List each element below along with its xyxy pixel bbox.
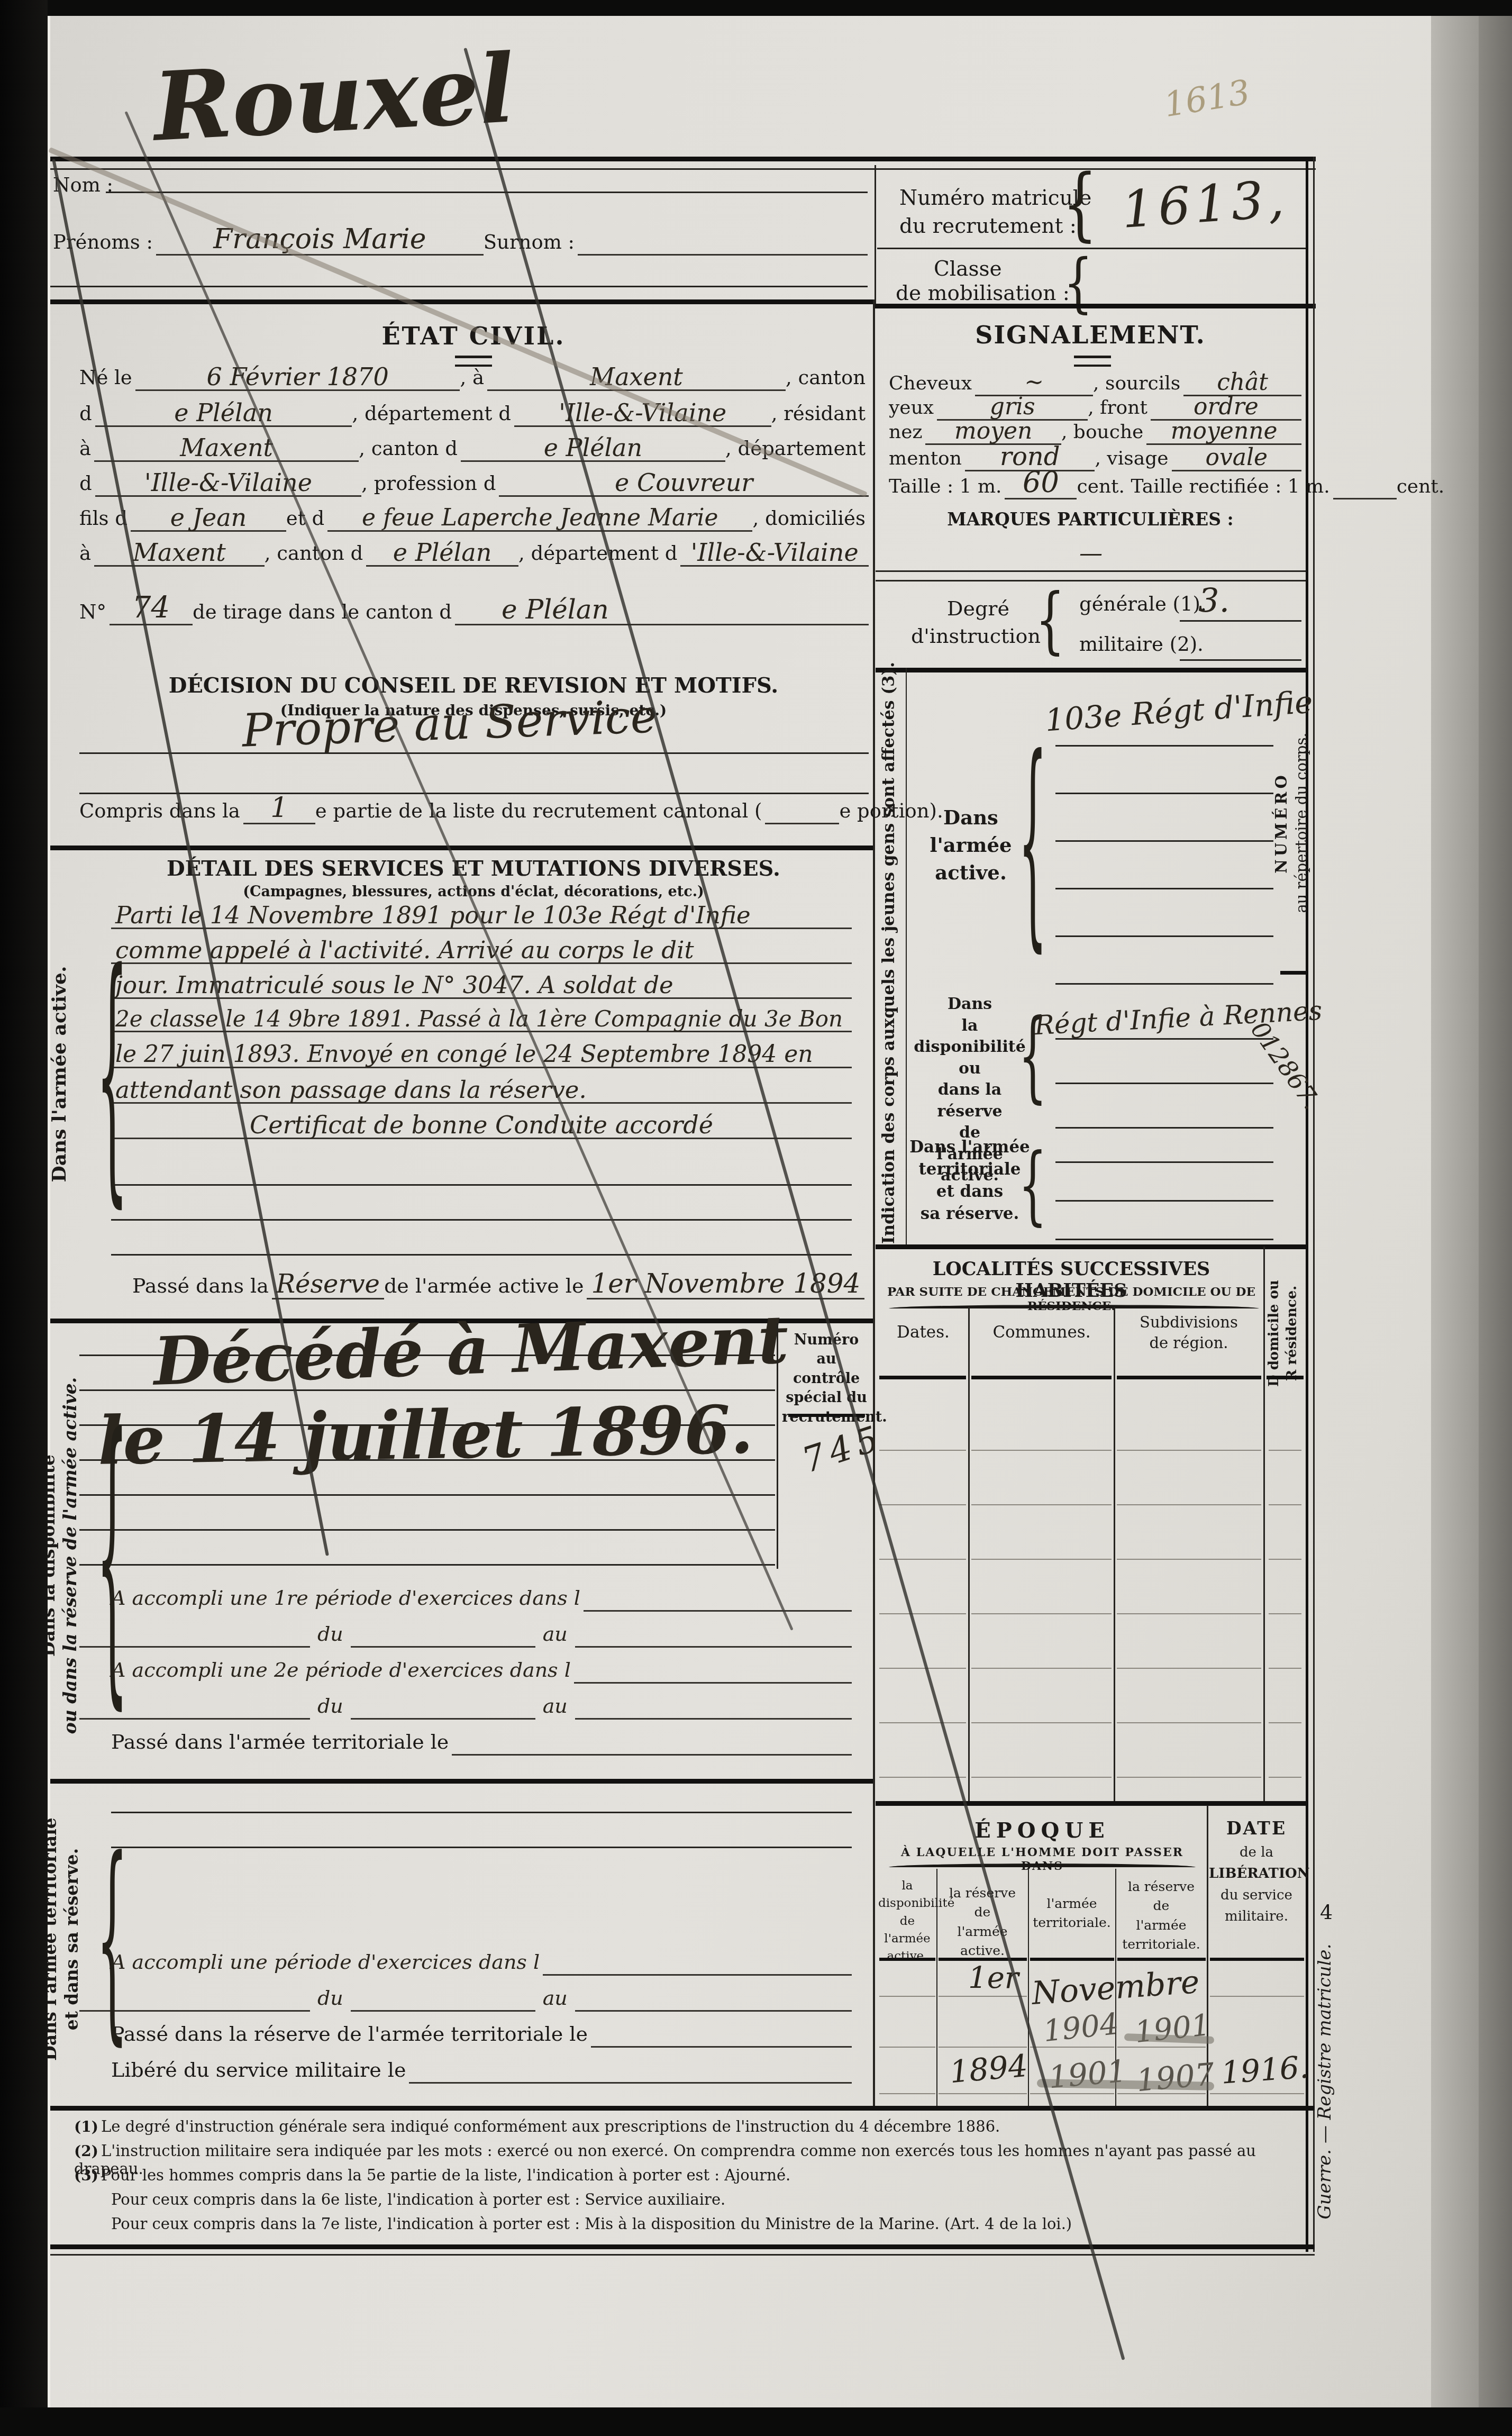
service-line-2: comme appelé à l'activité. Arrivé au cor…: [111, 938, 852, 964]
tirage-row: N° 74 de tirage dans le canton d e Pléla…: [79, 593, 869, 625]
periode3-label: A accompli une période d'exercices dans …: [111, 1950, 543, 1976]
matricule-brace: {: [1062, 152, 1097, 256]
photo-edge-left: [0, 0, 48, 2436]
sourcils-label: , sourcils: [1093, 372, 1183, 396]
localites-row-line: [1269, 1504, 1301, 1505]
epoque-value-1901-r2: 1901: [1047, 2053, 1128, 2096]
label-text: Dans: [909, 994, 1031, 1015]
passe-reserve-value: Réserve: [272, 1271, 384, 1299]
classe-brace: {: [1063, 241, 1093, 325]
central-divider: [873, 299, 875, 2109]
label-text: de: [1116, 1896, 1206, 1915]
service-text: attendant son passage dans la réserve.: [111, 1077, 852, 1104]
terr-line-3: [1055, 1239, 1273, 1240]
armee-active-brace: {: [1018, 696, 1047, 987]
cent-label: cent.: [1397, 476, 1448, 499]
label-text: l'armée: [1116, 1916, 1206, 1935]
epoque-value-1907: 1907: [1135, 2056, 1216, 2099]
deces-line-2: le 14 juillet 1896.: [97, 1391, 754, 1480]
prenoms-row: Prénoms : François Marie Surnom :: [53, 225, 868, 256]
services-title: DÉTAIL DES SERVICES ET MUTATIONS DIVERSE…: [79, 856, 868, 881]
sourcils-value: chât: [1183, 370, 1301, 396]
taille-rectifiee-label: cent. Taille rectifiée : 1 m.: [1077, 476, 1333, 499]
generale-line: [1180, 620, 1301, 622]
residant-label: , résidant: [771, 402, 869, 427]
instruction-top-line-1: [876, 570, 1306, 572]
localites-row-line: [879, 1613, 966, 1614]
passe-label: Passé dans la: [132, 1274, 272, 1299]
service-blank-line-1: [111, 1184, 852, 1186]
yeux-value: gris: [937, 395, 1088, 421]
periode1-row: A accompli une 1re période d'exercices d…: [111, 1586, 852, 1612]
passe-res-terr-line: [591, 2046, 852, 2048]
label-text: territoriale.: [1116, 1935, 1206, 1954]
label-text: Dans l'armée: [909, 1137, 1031, 1159]
epoque-col4-header: la réserve de l'armée territoriale.: [1116, 1877, 1206, 1954]
epoque-head-rule-5: [1210, 1958, 1304, 1961]
label-text: la disponibilité: [909, 1015, 1031, 1058]
localites-col-line-3: [1263, 1247, 1265, 1801]
footnote-text: Pour les hommes compris dans la 5e parti…: [101, 2166, 790, 2184]
localites-row-line: [1269, 1450, 1301, 1451]
localites-row-line: [1117, 1613, 1261, 1614]
top-thin-rule: [50, 168, 1316, 170]
label-text: Indication des corps auxquels les jeunes…: [879, 662, 898, 1244]
label-text: la réserve: [1116, 1877, 1206, 1896]
label-text: territoriale: [909, 1159, 1031, 1181]
localites-row-line: [1117, 1504, 1261, 1505]
numero-repertoire-tick: [1280, 971, 1307, 975]
label-text: militaire.: [1209, 1906, 1304, 1927]
canton-value: e Plélan: [95, 400, 352, 427]
localites-row-line: [879, 1450, 966, 1451]
service-line-7: Certificat de bonne Conduite accordé: [111, 1112, 852, 1139]
label-text: du service: [1209, 1885, 1304, 1906]
passe-territoriale-label: Passé dans l'armée territoriale le: [111, 1730, 452, 1756]
localites-row-line: [971, 1450, 1112, 1451]
line-b: [351, 2010, 535, 2012]
terr-line-2: [1055, 1200, 1273, 1202]
domicile-value: Maxent: [94, 540, 265, 567]
epoque-row-line: [939, 2093, 1027, 2094]
scanned-register-page: 1613 Rouxel Nom : Prénoms : François Mar…: [0, 0, 1512, 2436]
footnote-1: (1) Le degré d'instruction générale sera…: [74, 2117, 1301, 2135]
label-text: au répertoire du corps.: [1292, 732, 1312, 913]
localites-row-line: [879, 1668, 966, 1669]
footnotes-top-heavy: [50, 2106, 1315, 2111]
margin-brace-territoriale: {: [96, 1799, 127, 2079]
a-label: , à: [460, 366, 487, 391]
portion-line: [765, 823, 839, 824]
localites-row-line: [971, 1504, 1112, 1505]
compris-value: 1: [243, 794, 315, 824]
marques-label: MARQUES PARTICULIÈRES :: [876, 509, 1305, 530]
degre-label-1: Degré: [947, 597, 1009, 620]
label-text: de: [878, 1913, 936, 1930]
bouche-value: moyenne: [1146, 419, 1301, 445]
terr-line-1: [1055, 1161, 1273, 1163]
label-text: de la: [1209, 1842, 1304, 1863]
militaire-label: militaire (2).: [1079, 633, 1204, 656]
label-text: Guerre. — Registre matricule.: [1314, 1944, 1335, 2220]
matricule-box-bottom: [875, 304, 1316, 308]
signalement-title-dash: [1074, 356, 1111, 367]
localites-col-line-2: [1114, 1307, 1115, 1801]
footnote-marker: (2): [74, 2142, 98, 2160]
nez-row: nez moyen , bouche moyenne: [889, 419, 1301, 445]
epoque-row-line: [1030, 2047, 1114, 2048]
birth-place-value: Maxent: [487, 364, 786, 391]
footnote-text: Pour ceux compris dans la 7e liste, l'in…: [111, 2215, 1072, 2233]
deces-rule-6: [79, 1529, 775, 1531]
footnote-text: Le degré d'instruction générale sera ind…: [101, 2117, 1000, 2135]
label-text: Dans l'armée active.: [48, 966, 70, 1183]
compris-label-2: e partie de la liste du recrutement cant…: [315, 799, 766, 824]
localites-row-line: [1269, 1777, 1301, 1778]
marques-value: —: [1079, 540, 1103, 567]
service-text: jour. Immatriculé sous le N° 3047. A sol…: [111, 972, 852, 999]
col-subdivisions-label: Subdivisions de région.: [1115, 1312, 1262, 1353]
localites-row-line: [971, 1722, 1112, 1723]
tirage-number: 74: [110, 593, 193, 625]
localites-row-line: [1117, 1777, 1261, 1778]
au-label: au: [535, 1694, 575, 1720]
passe-label-2: de l'armée active le: [384, 1274, 587, 1299]
active-line-4: [1055, 888, 1273, 889]
label-text: disponibilité: [878, 1895, 936, 1912]
libere-label: Libéré du service militaire le: [111, 2058, 409, 2084]
margin-brace-armee-active: {: [96, 899, 127, 1249]
localites-row-line: [971, 1613, 1112, 1614]
footnote-3: (3) Pour les hommes compris dans la 5e p…: [74, 2166, 1301, 2184]
birth-date-value: 6 Février 1870: [135, 364, 460, 391]
compris-row: Compris dans la 1 e partie de la liste d…: [79, 794, 869, 824]
localites-col-line-1: [968, 1307, 970, 1801]
instruction-top-line-2: [876, 580, 1306, 581]
yeux-row: yeux gris , front ordre: [889, 395, 1301, 421]
du-label: du: [310, 1694, 351, 1720]
epoque-head-rule-3: [1030, 1958, 1114, 1961]
localites-row-line: [879, 1777, 966, 1778]
col-domicile-residence-label: D domicile ou R résidence.: [1262, 1265, 1305, 1402]
active-line-2: [1055, 793, 1273, 794]
mother-value: e feue Laperche Jeanne Marie: [327, 506, 752, 532]
degre-label-2: d'instruction :: [911, 624, 1054, 648]
label-text: et dans: [909, 1181, 1031, 1203]
du-label: du: [310, 1986, 351, 2012]
dispo-line-3: [1055, 1127, 1273, 1129]
d-label: d: [79, 472, 95, 497]
au-label: au: [535, 1622, 575, 1648]
terr-blank-line-1: [111, 1812, 852, 1813]
matricule-box-left-border: [875, 165, 876, 305]
nez-value: moyen: [925, 419, 1061, 445]
label-text: NUMÉRO: [1272, 772, 1292, 873]
header-blank-line: [50, 286, 868, 287]
footnote-5: Pour ceux compris dans la 7e liste, l'in…: [111, 2215, 1301, 2233]
label-text: la réserve: [937, 1884, 1027, 1903]
deces-rule-7: [79, 1564, 775, 1566]
taille-value: 60: [1005, 468, 1077, 499]
surname-signature: Rouxel: [151, 33, 517, 162]
canton-de-label: , canton d: [359, 437, 461, 462]
margin-label-armee-active: Dans l'armée active.: [48, 905, 71, 1243]
active-line-6: [1055, 983, 1273, 985]
localites-row-line: [1269, 1613, 1301, 1614]
epoque-title: ÉPOQUE: [878, 1818, 1206, 1843]
deces-rule-5: [79, 1494, 775, 1496]
col-dates-label: Dates.: [878, 1323, 968, 1342]
profession-label: , profession d: [361, 472, 499, 497]
matricule-label-2: du recrutement :: [899, 214, 1077, 238]
taille-label: Taille : 1 m.: [889, 476, 1005, 499]
service-blank-line-3: [111, 1254, 852, 1256]
tirage-canton-label: de tirage dans le canton d: [193, 601, 455, 625]
label-text: et dans sa réserve.: [61, 1848, 83, 2031]
localites-row-line: [1117, 1722, 1261, 1723]
residence-departement-value: 'Ille-&-Vilaine: [95, 470, 362, 497]
page-far-right-edge: [1479, 16, 1512, 2407]
left-col-top-heavy: [50, 299, 873, 304]
periode1-label: A accompli une 1re période d'exercices d…: [111, 1586, 584, 1612]
bouche-label: , bouche: [1061, 421, 1146, 445]
label-text: l'armée active.: [915, 832, 1026, 887]
epoque-row-line: [879, 1996, 935, 1997]
localites-row-line: [1117, 1668, 1261, 1669]
profession-row: d 'Ille-&-Vilaine , profession d e Couvr…: [79, 470, 869, 497]
passe-territoriale-row: Passé dans l'armée territoriale le: [111, 1730, 852, 1756]
epoque-row-line: [939, 1996, 1027, 1997]
service-text: comme appelé à l'activité. Arrivé au cor…: [111, 938, 852, 964]
controle-label: Numéro au contrôle spécial du recrutemen…: [782, 1331, 871, 1427]
corps-side-label: Indication des corps auxquels les jeunes…: [878, 665, 900, 1241]
numero-tirage-label: N°: [79, 601, 110, 625]
service-text: le 27 juin 1893. Envoyé en congé le 24 S…: [111, 1042, 852, 1068]
controle-box-border: [777, 1323, 778, 1569]
localites-row-line: [879, 1504, 966, 1505]
nom-line: [106, 192, 868, 193]
label-text: de région.: [1115, 1333, 1262, 1353]
terr-blank-line-2: [111, 1847, 852, 1848]
tirage-line: [655, 624, 869, 625]
departement-label3: , département d: [518, 542, 680, 567]
epoque-col1-header: la disponibilité de l'armée active.: [878, 1877, 936, 1966]
corps-side-divider: [906, 668, 907, 1244]
armee-active-label: Dans l'armée active.: [915, 804, 1026, 886]
yeux-label: yeux: [889, 397, 937, 421]
periode3-line: [543, 1974, 852, 1976]
libere-line: [409, 2082, 852, 2084]
periode3-row: A accompli une période d'exercices dans …: [111, 1950, 852, 1976]
passe-res-terr-label: Passé dans la réserve de l'armée territo…: [111, 2022, 591, 2048]
periode2-label: A accompli une 2e période d'exercices da…: [111, 1658, 574, 1684]
a-label3: à: [79, 542, 94, 567]
label-text: l'armée: [1029, 1894, 1115, 1913]
localites-row-line: [1269, 1722, 1301, 1723]
epoque-value-1916: 1916.: [1220, 2049, 1310, 2090]
degre-brace: {: [1035, 572, 1065, 668]
localites-row-line: [971, 1777, 1112, 1778]
col-communes-label: Communes.: [970, 1323, 1113, 1342]
footnote-4: Pour ceux compris dans la 6e liste, l'in…: [111, 2190, 1301, 2208]
margin-brace-disponibilite: {: [96, 1355, 127, 1757]
a-label2: à: [79, 437, 94, 462]
classe-label-1: Classe: [934, 257, 1002, 281]
territoriale-section-heavy: [50, 1779, 873, 1784]
localites-subtitle: PAR SUITE DE CHANGEMENTS DE DOMICILE OU …: [876, 1285, 1267, 1313]
localites-row-line: [1117, 1559, 1261, 1560]
active-line-3: [1055, 840, 1273, 842]
footnote-marker: (3): [74, 2167, 98, 2184]
localites-row-line: [1269, 1559, 1301, 1560]
matricule-value: 1613,: [1119, 169, 1290, 240]
front-value: ordre: [1151, 395, 1301, 421]
footnote-marker: (1): [74, 2118, 98, 2135]
libere-row: Libéré du service militaire le: [111, 2058, 852, 2084]
residence-value: Maxent: [94, 435, 359, 462]
service-line-6: attendant son passage dans la réserve.: [111, 1077, 852, 1104]
generale-value: 3.: [1198, 581, 1229, 620]
generale-label: générale (1).: [1079, 593, 1207, 615]
epoque-swash: [889, 1864, 1196, 1867]
epoque-row-line: [1210, 1996, 1304, 1997]
passe-reserve-row: Passé dans la Réserve de l'armée active …: [132, 1270, 852, 1299]
epoque-row-line: [939, 2047, 1027, 2048]
dispo-line-1: [1055, 1038, 1273, 1040]
decision-title: DÉCISION DU CONSEIL DE REVISION ET MOTIF…: [79, 673, 868, 698]
residence-canton-value: e Plélan: [461, 435, 725, 462]
epoque-top-heavy: [876, 1801, 1306, 1806]
epoque-col2-header: la réserve de l'armée active.: [937, 1884, 1027, 1960]
signalement-title: SIGNALEMENT.: [876, 321, 1305, 349]
line-b: [351, 1646, 535, 1648]
departement-value: 'Ille-&-Vilaine: [514, 400, 771, 427]
label-text: LIBÉRATION: [1209, 1863, 1304, 1884]
localites-head-rule-4: [1267, 1376, 1304, 1379]
localites-row-line: [971, 1668, 1112, 1669]
surnom-label: Surnom :: [484, 231, 578, 256]
label-text: sa réserve.: [909, 1203, 1031, 1225]
detail-top-heavy: [50, 846, 873, 850]
localites-swash: [889, 1305, 1259, 1308]
periode1-dates-row: du au: [79, 1622, 852, 1648]
guerre-imprint: Guerre. — Registre matricule.: [1313, 1917, 1336, 2246]
epoque-row-line: [879, 2093, 935, 2094]
compris-label: Compris dans la: [79, 799, 243, 824]
line-c: [575, 1718, 852, 1720]
localites-head-rule-3: [1117, 1376, 1261, 1379]
domicile-canton-value: e Plélan: [366, 540, 518, 567]
nez-label: nez: [889, 421, 925, 445]
service-line-5: le 27 juin 1893. Envoyé en congé le 24 S…: [111, 1042, 852, 1068]
dispo-line-2: [1055, 1083, 1273, 1084]
canton-label: , canton: [786, 366, 869, 391]
label-text: D domicile ou: [1265, 1280, 1283, 1387]
label-text: DATE: [1209, 1815, 1304, 1842]
label-text: Subdivisions: [1115, 1312, 1262, 1333]
epoque-col3-header: l'armée territoriale.: [1029, 1894, 1115, 1933]
label-text: territoriale.: [1029, 1913, 1115, 1932]
de-label: d: [79, 402, 95, 427]
classe-label-2: de mobilisation :: [896, 281, 1070, 305]
active-line-5: [1055, 935, 1273, 937]
epoque-head-rule-1: [879, 1958, 935, 1961]
cheveux-value: ~: [975, 370, 1093, 396]
form-right-border-outer: [1306, 157, 1308, 2252]
territoriale-brace: {: [1018, 1130, 1047, 1241]
line-c: [575, 1646, 852, 1648]
taille-row: Taille : 1 m. 60 cent. Taille rectifiée …: [889, 468, 1301, 499]
passe-territoriale-line: [452, 1754, 852, 1756]
photo-edge-bottom: [0, 2407, 1512, 2436]
ne-le-label: Né le: [79, 366, 135, 391]
epoque-date-header: DATE de la LIBÉRATION du service militai…: [1209, 1815, 1304, 1927]
localites-row-line: [1117, 1450, 1261, 1451]
localites-row-line: [879, 1722, 966, 1723]
periode3-dates-row: du au: [79, 1986, 852, 2012]
corps-top-heavy: [876, 668, 1306, 672]
cheveux-row: Cheveux ~ , sourcils chât: [889, 370, 1301, 396]
line-b: [351, 1718, 535, 1720]
epoque-row-line: [1210, 2093, 1304, 2094]
service-line-3: jour. Immatriculé sous le N° 3047. A sol…: [111, 972, 852, 999]
periode1-line: [584, 1610, 852, 1612]
epoque-value-1894: 1894: [948, 2048, 1029, 2090]
photo-edge-top: [0, 0, 1512, 16]
label-text: R résidence.: [1283, 1286, 1301, 1381]
periode2-dates-row: du au: [79, 1694, 852, 1720]
front-label: , front: [1088, 397, 1151, 421]
territoriale-label: Dans l'armée territoriale et dans sa rés…: [909, 1137, 1031, 1225]
epoque-head-rule-4: [1117, 1958, 1206, 1961]
surnom-line: [578, 254, 868, 256]
label-text: Dans: [915, 804, 1026, 832]
parents-row: fils d e Jean et d e feue Laperche Jeann…: [79, 505, 869, 532]
father-value: e Jean: [131, 505, 286, 532]
form-bottom-heavy: [50, 2244, 1315, 2249]
localites-top-heavy: [876, 1244, 1306, 1249]
periode2-row: A accompli une 2e période d'exercices da…: [111, 1658, 852, 1684]
service-blank-line-2: [111, 1219, 852, 1221]
canton-row: d e Plélan , département d 'Ille-&-Vilai…: [79, 400, 869, 427]
periode2-line: [574, 1682, 852, 1684]
epoque-subtitle: À LAQUELLE L'HOMME DOIT PASSER DANS: [878, 1846, 1206, 1873]
du-label: du: [310, 1622, 351, 1648]
decision-line-1: [79, 752, 869, 754]
passe-reserve-territoriale-row: Passé dans la réserve de l'armée territo…: [111, 2022, 852, 2048]
active-line-1: [1055, 745, 1273, 747]
militaire-line: [1180, 659, 1301, 661]
line-c: [575, 2010, 852, 2012]
service-text: Certificat de bonne Conduite accordé: [111, 1112, 852, 1139]
domicilies-label: , domiciliés: [752, 507, 869, 532]
localites-row-line: [1269, 1668, 1301, 1669]
page-right-edge: [1431, 16, 1479, 2407]
birth-row: Né le 6 Février 1870 , à Maxent , canton: [79, 364, 869, 391]
form-bottom-thin: [50, 2254, 1315, 2256]
localites-head-rule-2: [971, 1376, 1112, 1379]
epoque-row-line: [879, 2047, 935, 2048]
label-text: ou: [909, 1058, 1031, 1080]
domicile-row: à Maxent , canton d e Plélan , départeme…: [79, 540, 869, 567]
label-text: l'armée active.: [937, 1922, 1027, 1961]
departement-label: , département d: [352, 402, 514, 427]
nom-label: Nom :: [53, 174, 113, 196]
passe-date-value: 1er Novembre 1894: [587, 1270, 864, 1299]
epoque-col-line-1: [936, 1869, 937, 2110]
prenoms-value: François Marie: [156, 225, 484, 256]
au-label: au: [535, 1986, 575, 2012]
